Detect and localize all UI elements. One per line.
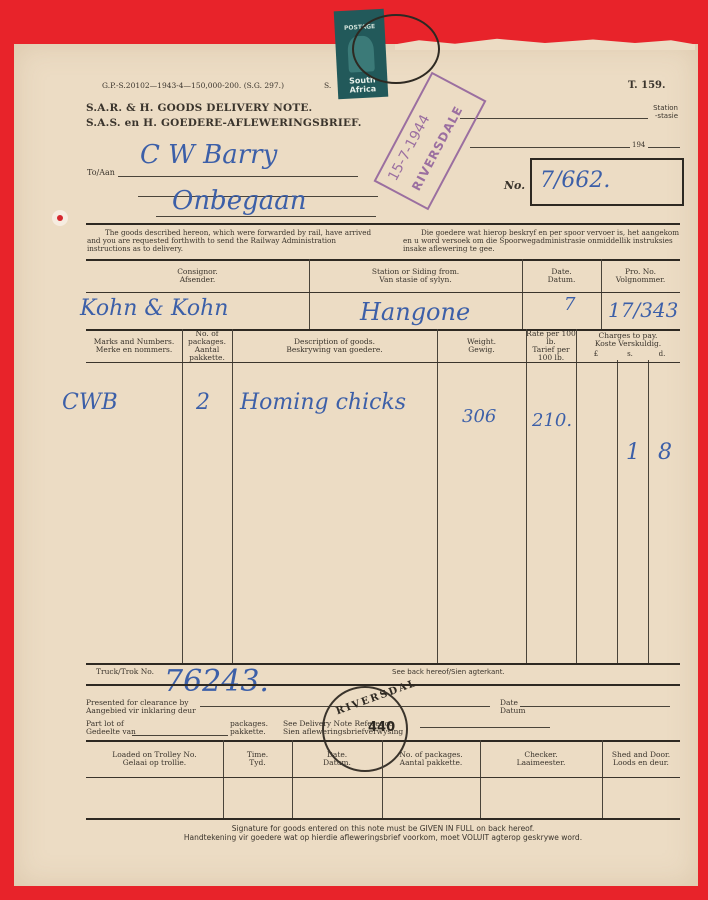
header-pro-no: Pro. No.Volgnommer. — [601, 268, 680, 284]
truck-value[interactable]: 76243. — [164, 664, 269, 699]
header-packages: No. of packages.Aantal pakkette. — [182, 330, 232, 362]
header-description: Description of goods.Beskrywing van goed… — [232, 338, 437, 354]
station-from-value[interactable]: Hangone — [360, 298, 470, 326]
col-divider — [526, 329, 527, 663]
truck-bottom-rule — [86, 684, 680, 686]
date-af: Datum — [500, 707, 525, 715]
goods-header-rule — [86, 362, 680, 363]
postmark-number: 440 — [368, 720, 395, 735]
station-line[interactable] — [460, 118, 648, 119]
print-code: G.P.-S.20102—1943-4—150,000-200. (S.G. 2… — [102, 82, 284, 90]
charges-shillings-value[interactable]: 1 — [626, 440, 640, 465]
to-name: C W Barry — [140, 140, 277, 170]
footer-english: Signature for goods entered on this note… — [86, 824, 680, 833]
no-label: No. — [504, 179, 525, 192]
header-num-packages: No. of packages.Aantal pakkette. — [382, 751, 480, 767]
clearance-date-line[interactable] — [520, 706, 670, 707]
header-weight: Weight.Gewig. — [437, 338, 526, 354]
rate-value[interactable]: 210. — [532, 410, 572, 431]
station-label-en: Station — [648, 104, 678, 112]
header-station-from: Station or Siding from.Van stasie of syl… — [309, 268, 522, 284]
consignor-value[interactable]: Kohn & Kohn — [80, 296, 228, 321]
charges-pence-value[interactable]: 8 — [658, 440, 672, 465]
weight-value[interactable]: 306 — [462, 406, 496, 427]
to-address: Onbegaan — [172, 186, 306, 216]
truck-label: Truck/Trok No. — [96, 668, 154, 676]
to-line-3[interactable] — [156, 216, 376, 217]
to-line-1[interactable] — [118, 176, 358, 177]
stamp-cancel-mark — [352, 14, 440, 84]
unit-shillings: s. — [620, 350, 640, 358]
description-value[interactable]: Homing chicks — [240, 390, 406, 415]
header-trolley: Loaded on Trolley No.Gelaai op trollie. — [86, 751, 223, 767]
torn-edge — [395, 36, 695, 50]
header-time: Time.Tyd. — [223, 751, 292, 767]
col-divider — [182, 329, 183, 663]
header-load-date: Date.Datum. — [292, 751, 382, 767]
consignment-bottom-rule — [86, 329, 680, 331]
presented-af: Aangebied vir inklaring deur — [86, 707, 196, 715]
to-label: To/Aan — [87, 168, 115, 177]
packages-af: pakkette. — [230, 728, 266, 736]
form-number: T. 159. — [628, 80, 665, 91]
notice-bottom-rule — [86, 259, 680, 261]
part-lot-af: Gedeelte van — [86, 728, 136, 736]
title-afrikaans: S.A.S. en H. GOEDERE-AFLEWERINGSBRIEF. — [86, 117, 362, 129]
unit-pounds: £ — [586, 350, 606, 358]
header-consignor: Consignor.Afsender. — [86, 268, 309, 284]
no-value: 7/662. — [540, 168, 610, 193]
header-marks: Marks and Numbers.Merke en nommers. — [86, 338, 182, 354]
date-line[interactable] — [470, 147, 630, 148]
footer-afrikaans: Handtekening vir goedere wat op hierdie … — [86, 833, 680, 842]
notice-top-rule — [86, 223, 680, 225]
print-suffix: S. — [324, 82, 331, 90]
col-divider — [232, 329, 233, 663]
title-english: S.A.R. & H. GOODS DELIVERY NOTE. — [86, 102, 312, 114]
no-box[interactable]: 7/662. — [530, 158, 684, 206]
header-rate: Rate per 100 lb.Tarief per 100 lb. — [526, 330, 576, 362]
header-date: Date.Datum. — [522, 268, 601, 284]
year-prefix: 194 — [632, 141, 645, 149]
reference-line[interactable] — [420, 727, 550, 728]
part-lot-line[interactable] — [132, 735, 228, 736]
header-charges: Charges to pay.Koste Verskuldig. — [576, 332, 680, 348]
pro-no-value[interactable]: 17/343 — [608, 298, 678, 322]
header-shed-door: Shed and Door.Loods en deur. — [602, 751, 680, 767]
unit-pence: d. — [652, 350, 672, 358]
see-back-note: See back hereof/Sien agterkant. — [392, 668, 505, 676]
consignment-header-rule — [86, 292, 680, 293]
loading-header-rule — [86, 777, 680, 778]
notice-english: The goods described hereon, which were f… — [87, 229, 377, 253]
header-checker: Checker.Laaimeester. — [480, 751, 602, 767]
marks-value[interactable]: CWB — [62, 390, 118, 415]
year-line[interactable] — [648, 147, 680, 148]
station-label-af: -stasie — [648, 112, 678, 120]
notice-afrikaans: Die goedere wat hierop beskryf en per sp… — [403, 229, 681, 253]
date-value[interactable]: 7 — [564, 294, 575, 315]
loading-bottom-rule — [86, 818, 680, 820]
punch-hole — [52, 210, 68, 226]
col-divider — [437, 329, 438, 663]
col-divider — [648, 360, 649, 663]
col-divider — [617, 360, 618, 663]
col-divider — [576, 329, 577, 663]
packages-value[interactable]: 2 — [196, 390, 210, 415]
loading-top-rule — [86, 740, 680, 742]
